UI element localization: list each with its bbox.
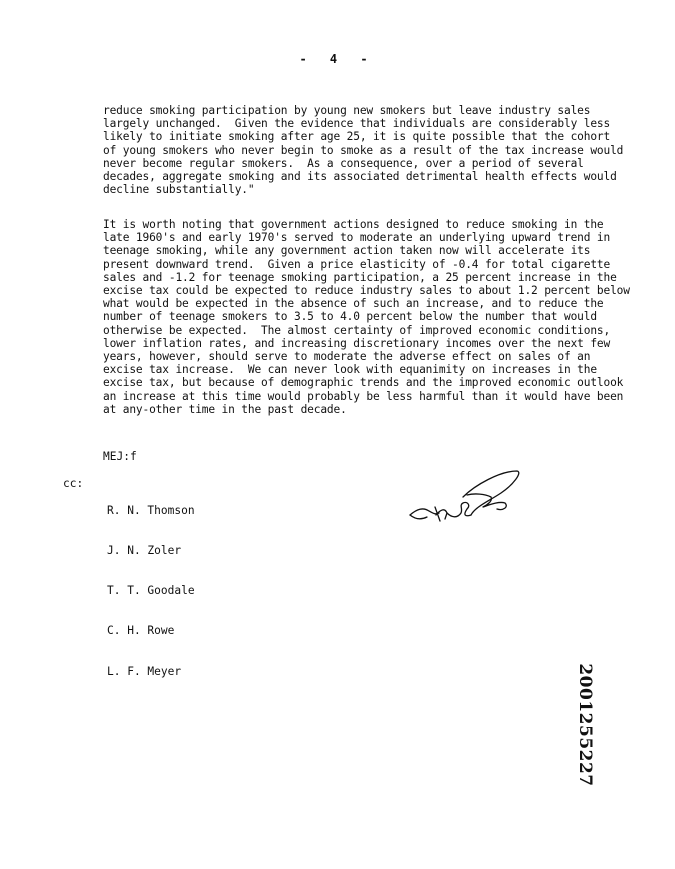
page-number: - 4 - xyxy=(0,52,675,66)
text-line: teenage smoking, while any government ac… xyxy=(103,244,623,257)
text-line: decline substantially." xyxy=(103,183,623,196)
cc-recipient-list: R. N. Thomson J. N. Zoler T. T. Goodale … xyxy=(107,477,195,705)
bates-number-text: 2001255227 xyxy=(575,663,595,786)
text-line: late 1960's and early 1970's served to m… xyxy=(103,231,623,244)
paragraph-analysis: It is worth noting that government actio… xyxy=(103,218,623,416)
text-line: excise tax, but because of demographic t… xyxy=(103,376,623,389)
text-line: lower inflation rates, and increasing di… xyxy=(103,337,623,350)
text-line: years, however, should serve to moderate… xyxy=(103,350,623,363)
cc-label: cc: xyxy=(63,477,83,490)
text-line: largely unchanged. Given the evidence th… xyxy=(103,117,623,130)
bates-number: 2001255227 xyxy=(565,655,605,795)
text-line: excise tax could be expected to reduce i… xyxy=(103,284,623,297)
text-line: decades, aggregate smoking and its assoc… xyxy=(103,170,623,183)
text-line: number of teenage smokers to 3.5 to 4.0 … xyxy=(103,310,623,323)
typist-initials: MEJ:f xyxy=(103,450,137,463)
text-line: of young smokers who never begin to smok… xyxy=(103,144,623,157)
cc-recipient: T. T. Goodale xyxy=(107,584,195,597)
text-line: at any-other time in the past decade. xyxy=(103,403,623,416)
text-line: present downward trend. Given a price el… xyxy=(103,258,623,271)
text-line: reduce smoking participation by young ne… xyxy=(103,104,623,117)
cc-recipient: C. H. Rowe xyxy=(107,624,195,637)
text-line: sales and -1.2 for teenage smoking parti… xyxy=(103,271,623,284)
text-line: otherwise be expected. The almost certai… xyxy=(103,324,623,337)
text-line: excise tax increase. We can never look w… xyxy=(103,363,623,376)
paragraph-quote-continuation: reduce smoking participation by young ne… xyxy=(103,104,623,196)
signature xyxy=(405,463,525,528)
text-line: likely to initiate smoking after age 25,… xyxy=(103,130,623,143)
text-line: never become regular smokers. As a conse… xyxy=(103,157,623,170)
cc-recipient: R. N. Thomson xyxy=(107,504,195,517)
text-line: an increase at this time would probably … xyxy=(103,390,623,403)
cc-recipient: J. N. Zoler xyxy=(107,544,195,557)
text-line: what would be expected in the absence of… xyxy=(103,297,623,310)
text-line: It is worth noting that government actio… xyxy=(103,218,623,231)
cc-recipient: L. F. Meyer xyxy=(107,665,195,678)
